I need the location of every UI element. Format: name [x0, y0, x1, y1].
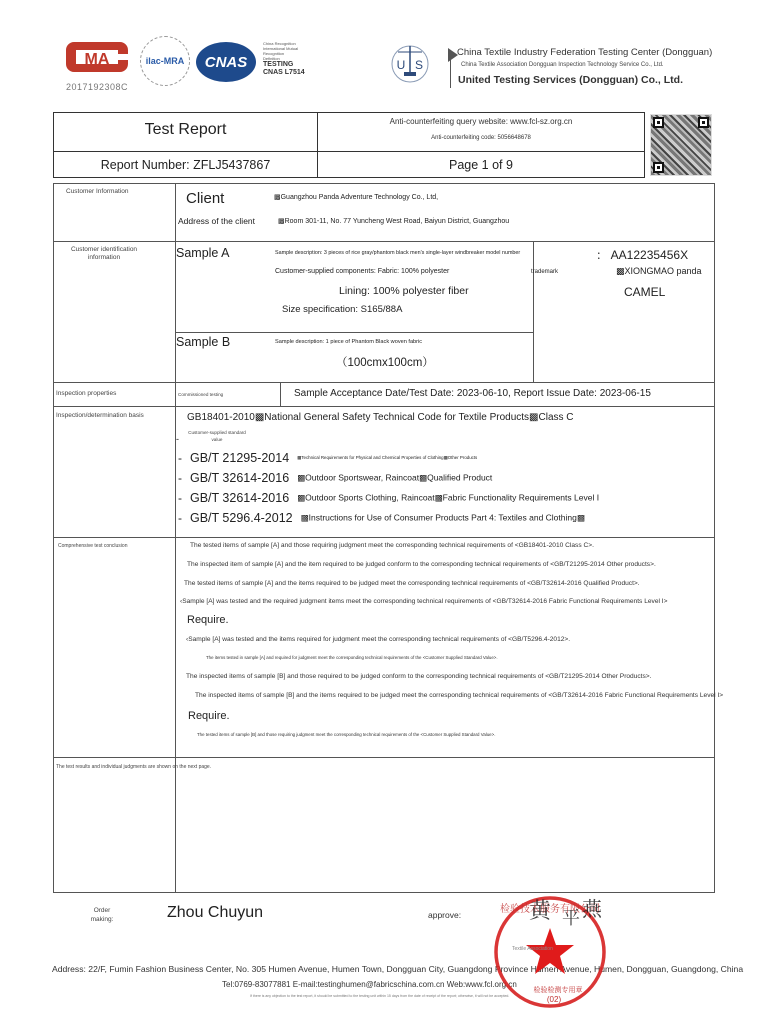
anti-counterfeit-website[interactable]: Anti-counterfeiting query website: www.f…	[318, 117, 644, 126]
standard-code: GB/T 32614-2016	[190, 491, 289, 505]
conclusion-require: Require.	[187, 614, 229, 626]
conclusion-line: The items tested in sample [A] and requi…	[206, 655, 498, 660]
standard-item: -GB/T 32614-2016▩Outdoor Sportswear, Rai…	[176, 469, 492, 487]
trademark-label: trademark	[531, 269, 558, 275]
sample-a-lining: Lining: 100% polyester fiber	[339, 285, 469, 297]
standard-description: ▩Outdoor Sports Clothing, Raincoat▩Fabri…	[297, 492, 599, 502]
trademark-value-2: CAMEL	[624, 285, 665, 299]
svg-text:燕: 燕	[582, 897, 603, 921]
conclusion-line: The tested items of sample [A] and those…	[190, 542, 594, 549]
cnas-logo-icon: CNAS	[196, 42, 256, 82]
standard-item: -GB/T 21295-2014▩Technical Requirements …	[176, 449, 477, 467]
svg-text:U: U	[397, 58, 406, 72]
sample-b-description: Sample description: 1 piece of Phantom B…	[275, 339, 422, 345]
ilac-mra-logo-icon: ilac-MRA	[140, 36, 190, 86]
row-divider	[54, 241, 714, 242]
basis-main: GB18401-2010▩National General Safety Tec…	[187, 412, 574, 423]
svg-text:Textile Association: Textile Association	[512, 946, 553, 952]
row-divider	[175, 332, 533, 333]
svg-text:黄: 黄	[529, 899, 552, 924]
conclusion-line: The inspected item of sample [A] and the…	[187, 561, 656, 568]
identification-label: Customer identification information	[59, 246, 149, 262]
footer-contact: Tel:0769-83077881 E-mail:testinghumen@fa…	[222, 980, 517, 989]
cma-logo-icon: MA	[64, 38, 130, 76]
sample-a-model-number: ： AA12235456X	[596, 246, 688, 263]
conclusion-line: The inspected items of sample [B] and th…	[186, 673, 652, 680]
dash: -	[178, 471, 182, 485]
red-seal-stamp-icon: 检验技术服务有限公司 Textile Association 检验检测专用章 (…	[490, 890, 610, 1010]
qr-finder	[698, 117, 709, 128]
svg-text:S: S	[415, 58, 423, 72]
approve-label: approve:	[428, 910, 461, 920]
row-divider	[54, 382, 714, 383]
cnas-accreditation-text: China Recognition International Mutual R…	[263, 41, 305, 77]
org-name-2: China Textile Association Dongguan Inspe…	[461, 62, 664, 68]
cma-number: 2017192308C	[66, 82, 128, 92]
dash: -	[178, 511, 182, 525]
inspection-dates: Sample Acceptance Date/Test Date: 2023-0…	[294, 388, 651, 399]
footer-disclaimer: If there is any objection to the test re…	[250, 994, 509, 998]
anti-counterfeit-code: Anti-counterfeiting code: 5056648678	[318, 135, 644, 141]
sample-a-components: Customer-supplied components: Fabric: 10…	[275, 268, 449, 275]
qr-finder	[653, 117, 664, 128]
conclusion-line: The inspected items of sample [B] and th…	[195, 692, 723, 699]
col-divider	[533, 241, 534, 382]
standard-code: GB/T 32614-2016	[190, 471, 289, 485]
standard-description: ▩Instructions for Use of Consumer Produc…	[301, 512, 585, 522]
svg-text:检验检测专用章: 检验检测专用章	[534, 985, 583, 994]
conclusion-line: The tested items of sample [A] and the i…	[184, 580, 640, 587]
qr-code-icon[interactable]	[650, 114, 712, 176]
title-table: Test Report Report Number: ZFLJ5437867 A…	[53, 112, 645, 178]
sample-a-description: Sample description: 3 pieces of rice gra…	[275, 250, 520, 256]
dash: -	[178, 491, 182, 505]
divider	[450, 58, 451, 88]
conclusion-line: The tested items of sample [B] and those…	[197, 732, 495, 737]
conclusion-require: Require.	[188, 710, 230, 722]
standard-item: -GB/T 5296.4-2012▩Instructions for Use o…	[176, 509, 585, 527]
page-number: Page 1 of 9	[318, 158, 644, 172]
customer-standard-label: Customer-supplied standard value	[187, 429, 247, 443]
row-divider	[54, 757, 714, 758]
conclusion-label: Comprehensive test conclusion	[58, 542, 127, 550]
sample-a-label: Sample A	[176, 246, 230, 260]
report-grid: Customer Information Client ▩Guangzhou P…	[53, 183, 715, 893]
address-value: ▩Room 301-11, No. 77 Yuncheng West Road,…	[278, 217, 509, 225]
row-divider	[54, 537, 714, 538]
uts-logo-icon: U S	[390, 42, 430, 86]
standard-description: ▩Outdoor Sportswear, Raincoat▩Qualified …	[297, 472, 492, 482]
customer-info-label: Customer Information	[66, 188, 129, 196]
results-note: The test results and individual judgment…	[56, 763, 211, 771]
standard-item: -GB/T 32614-2016▩Outdoor Sports Clothing…	[176, 489, 599, 507]
dash: -	[176, 434, 179, 444]
inspection-properties-label: Inspection properties	[56, 390, 116, 398]
report-number: Report Number: ZFLJ5437867	[54, 158, 317, 172]
inspection-properties-value: Commissioned testing	[178, 391, 223, 399]
report-title: Test Report	[54, 121, 317, 139]
conclusion-line: ‹Sample [A] was tested and the items req…	[186, 636, 570, 643]
standard-code: GB/T 21295-2014	[190, 451, 289, 465]
basis-label: Inspection/determination basis	[56, 412, 144, 420]
divider	[54, 151, 644, 152]
svg-text:(02): (02)	[547, 995, 562, 1004]
col-divider	[175, 184, 176, 892]
client-label: Client	[186, 190, 224, 207]
sample-b-label: Sample B	[176, 335, 230, 349]
org-name-3: United Testing Services (Dongguan) Co., …	[458, 74, 683, 86]
dash: -	[178, 451, 182, 465]
client-value: ▩Guangzhou Panda Adventure Technology Co…	[274, 193, 438, 201]
order-making-label: Order making:	[88, 906, 116, 924]
sample-b-size: （100cmx100cm）	[336, 354, 434, 370]
order-maker-name: Zhou Chuyun	[167, 904, 263, 922]
standard-code: GB/T 5296.4-2012	[190, 511, 293, 525]
conclusion-line: ‹Sample [A] was tested and the required …	[180, 598, 667, 605]
trademark-value: ▩XIONGMAO panda	[616, 266, 702, 277]
svg-text:平: 平	[562, 908, 580, 929]
footer-address: Address: 22/F, Fumin Fashion Business Ce…	[52, 964, 743, 974]
col-divider	[280, 382, 281, 406]
sample-a-size: Size specification: S165/88A	[282, 304, 402, 315]
svg-text:MA: MA	[85, 51, 110, 68]
address-label: Address of the client	[178, 216, 255, 226]
org-name-1: China Textile Industry Federation Testin…	[457, 47, 712, 58]
row-divider	[54, 406, 714, 407]
standard-description: ▩Technical Requirements for Physical and…	[297, 455, 477, 460]
qr-finder	[653, 162, 664, 173]
